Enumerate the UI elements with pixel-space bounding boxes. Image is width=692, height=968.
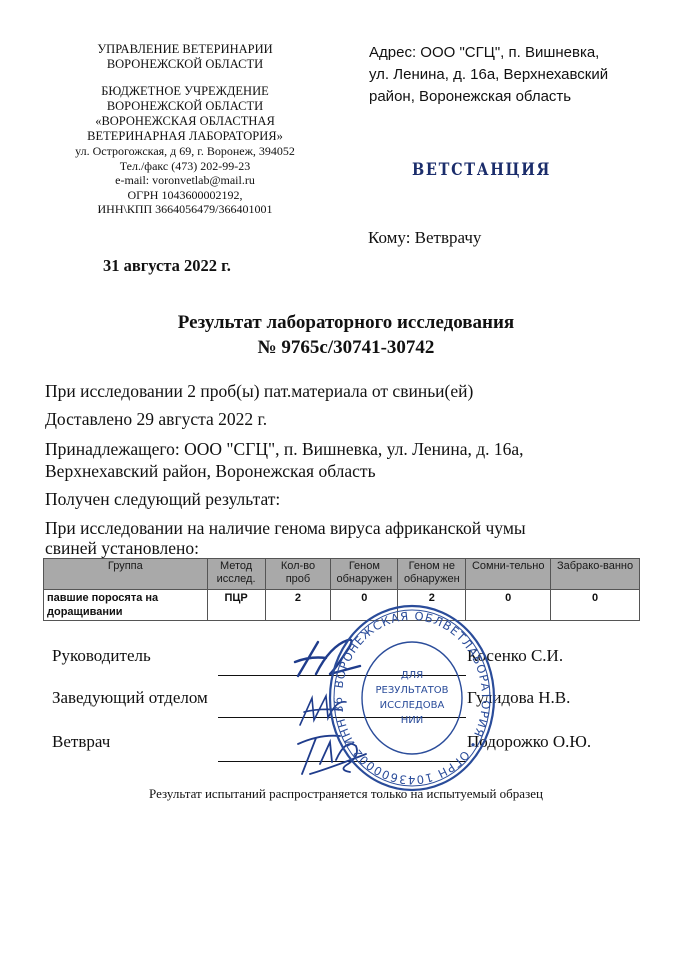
body-samples-line: При исследовании 2 проб(ы) пат.материала… [45, 380, 473, 402]
lab-ogrn: ОГРН 1043600002192, [60, 188, 310, 203]
seal-inner-line: НИИ [401, 715, 423, 726]
institution-line: БЮДЖЕТНОЕ УЧРЕЖДЕНИЕ [60, 84, 310, 99]
footer-disclaimer: Результат испытаний распространяется тол… [0, 786, 692, 802]
lab-letterhead: УПРАВЛЕНИЕ ВЕТЕРИНАРИИ ВОРОНЕЖСКОЙ ОБЛАС… [60, 42, 310, 217]
document-number: № 9765с/30741-30742 [0, 335, 692, 360]
recipient-address-line: район, Воронежская область [369, 86, 659, 108]
institution-line: «ВОРОНЕЖСКАЯ ОБЛАСТНАЯ [60, 114, 310, 129]
institution-line: ВЕТЕРИНАРНАЯ ЛАБОРАТОРИЯ» [60, 129, 310, 144]
authority-line: ВОРОНЕЖСКОЙ ОБЛАСТИ [60, 57, 310, 72]
document-date: 31 августа 2022 г. [103, 256, 231, 276]
header-group: Группа [44, 559, 208, 590]
recipient-line: Кому: Ветврачу [368, 228, 481, 248]
signature-role: Ветврач [52, 732, 110, 752]
header-samples: Кол-во проб [265, 559, 331, 590]
lab-inn-kpp: ИНН\КПП 3664056479/366401001 [60, 202, 310, 217]
header-method: Метод исслед. [207, 559, 265, 590]
body-owner-line-2: Верхнехавский район, Воронежская область [45, 460, 376, 482]
cell-samples: 2 [265, 590, 331, 621]
lab-address: ул. Острогожская, д 69, г. Воронеж, 3940… [60, 144, 310, 159]
vetstation-stamp: ВЕТСТАНЦИЯ [412, 160, 551, 180]
cell-group: павшие поросята на доращивании [44, 590, 208, 621]
seal-inner-line: ИССЛЕДОВА [380, 700, 445, 711]
seal-inner-line: ДЛЯ [401, 670, 423, 681]
body-delivered-line: Доставлено 29 августа 2022 г. [45, 408, 267, 430]
lab-seal-icon: ВОРОНЕЖСКАЯ ОБЛВЕТЛАБОРАТОРИЯ • ОГРН 104… [327, 598, 497, 793]
document-title: Результат лабораторного исследования [0, 310, 692, 335]
body-owner-line: Принадлежащего: ООО "СГЦ", п. Вишневка, … [45, 438, 524, 460]
body-test-description: При исследовании на наличие генома вирус… [45, 517, 526, 539]
header-detected: Геном обнаружен [331, 559, 398, 590]
seal-inner-line: РЕЗУЛЬТАТОВ [375, 685, 448, 696]
body-test-description-2: свиней установлено: [45, 537, 199, 559]
institution-line: ВОРОНЕЖСКОЙ ОБЛАСТИ [60, 99, 310, 114]
signature-role: Заведующий отделом [52, 688, 208, 708]
header-not-detected: Геном не обнаружен [398, 559, 466, 590]
lab-phone: Тел./факс (473) 202-99-23 [60, 159, 310, 174]
recipient-address-line: ул. Ленина, д. 16а, Верхнехавский [369, 64, 659, 86]
header-rejected: Забрако-ванно [551, 559, 640, 590]
lab-email: e-mail: voronvetlab@mail.ru [60, 173, 310, 188]
cell-rejected: 0 [551, 590, 640, 621]
recipient-address-line: Адрес: ООО "СГЦ", п. Вишневка, [369, 42, 659, 64]
signature-role: Руководитель [52, 646, 151, 666]
header-doubtful: Сомни-тельно [466, 559, 551, 590]
recipient-address: Адрес: ООО "СГЦ", п. Вишневка, ул. Ленин… [369, 42, 659, 108]
table-header-row: Группа Метод исслед. Кол-во проб Геном о… [44, 559, 640, 590]
authority-line: УПРАВЛЕНИЕ ВЕТЕРИНАРИИ [60, 42, 310, 57]
body-result-intro: Получен следующий результат: [45, 488, 280, 510]
cell-method: ПЦР [207, 590, 265, 621]
